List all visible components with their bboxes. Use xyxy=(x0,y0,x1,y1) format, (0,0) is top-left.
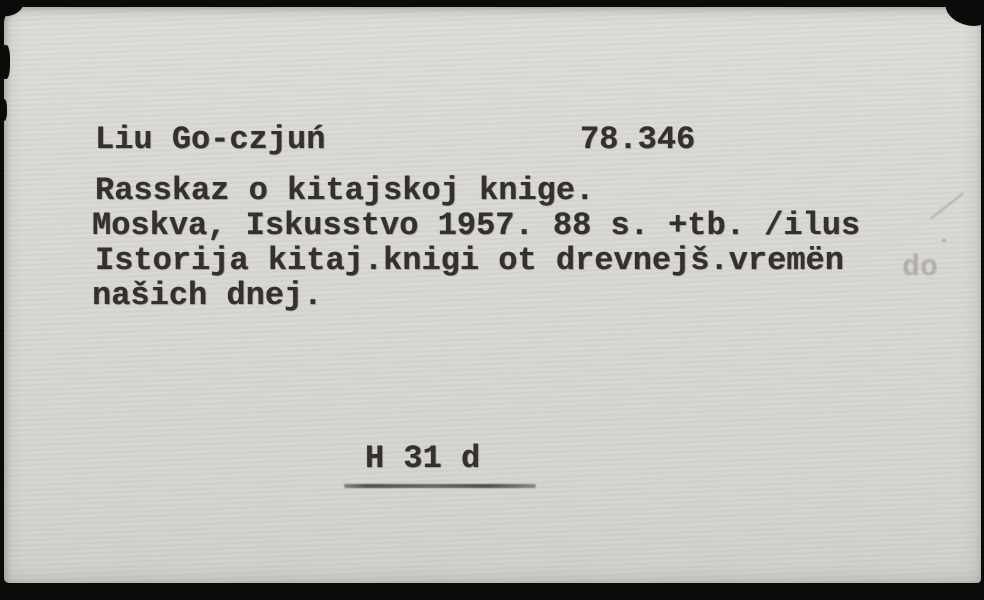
call-number-underline xyxy=(344,484,536,488)
author-heading: Liu Go-czjuń xyxy=(95,122,325,157)
imprint-line: Moskva, Iskusstvo 1957. 88 s. +tb. /ilus xyxy=(92,208,860,243)
scanned-catalog-card: Liu Go-czjuń 78.346 Rasskaz o kitajskoj … xyxy=(0,0,984,600)
faint-pencil-mark: do xyxy=(902,251,938,285)
scan-blemish-left-2 xyxy=(0,99,7,121)
scan-blemish-left-1 xyxy=(1,45,10,79)
shelf-number: 78.346 xyxy=(580,122,695,157)
faint-pencil-dot xyxy=(942,239,946,242)
faint-pencil-slash xyxy=(930,192,964,219)
scan-blemish-top-left xyxy=(0,0,26,20)
title-line: Rasskaz o kitajskoj knige. xyxy=(95,173,594,208)
note-line-2: našich dnej. xyxy=(92,278,322,313)
note-line-1: Istorija kitaj.knigi ot drevnejš.vremën xyxy=(95,243,844,278)
scan-blemish-top-right xyxy=(941,0,984,31)
index-card: Liu Go-czjuń 78.346 Rasskaz o kitajskoj … xyxy=(4,7,981,583)
call-number: H 31 d xyxy=(365,441,480,476)
